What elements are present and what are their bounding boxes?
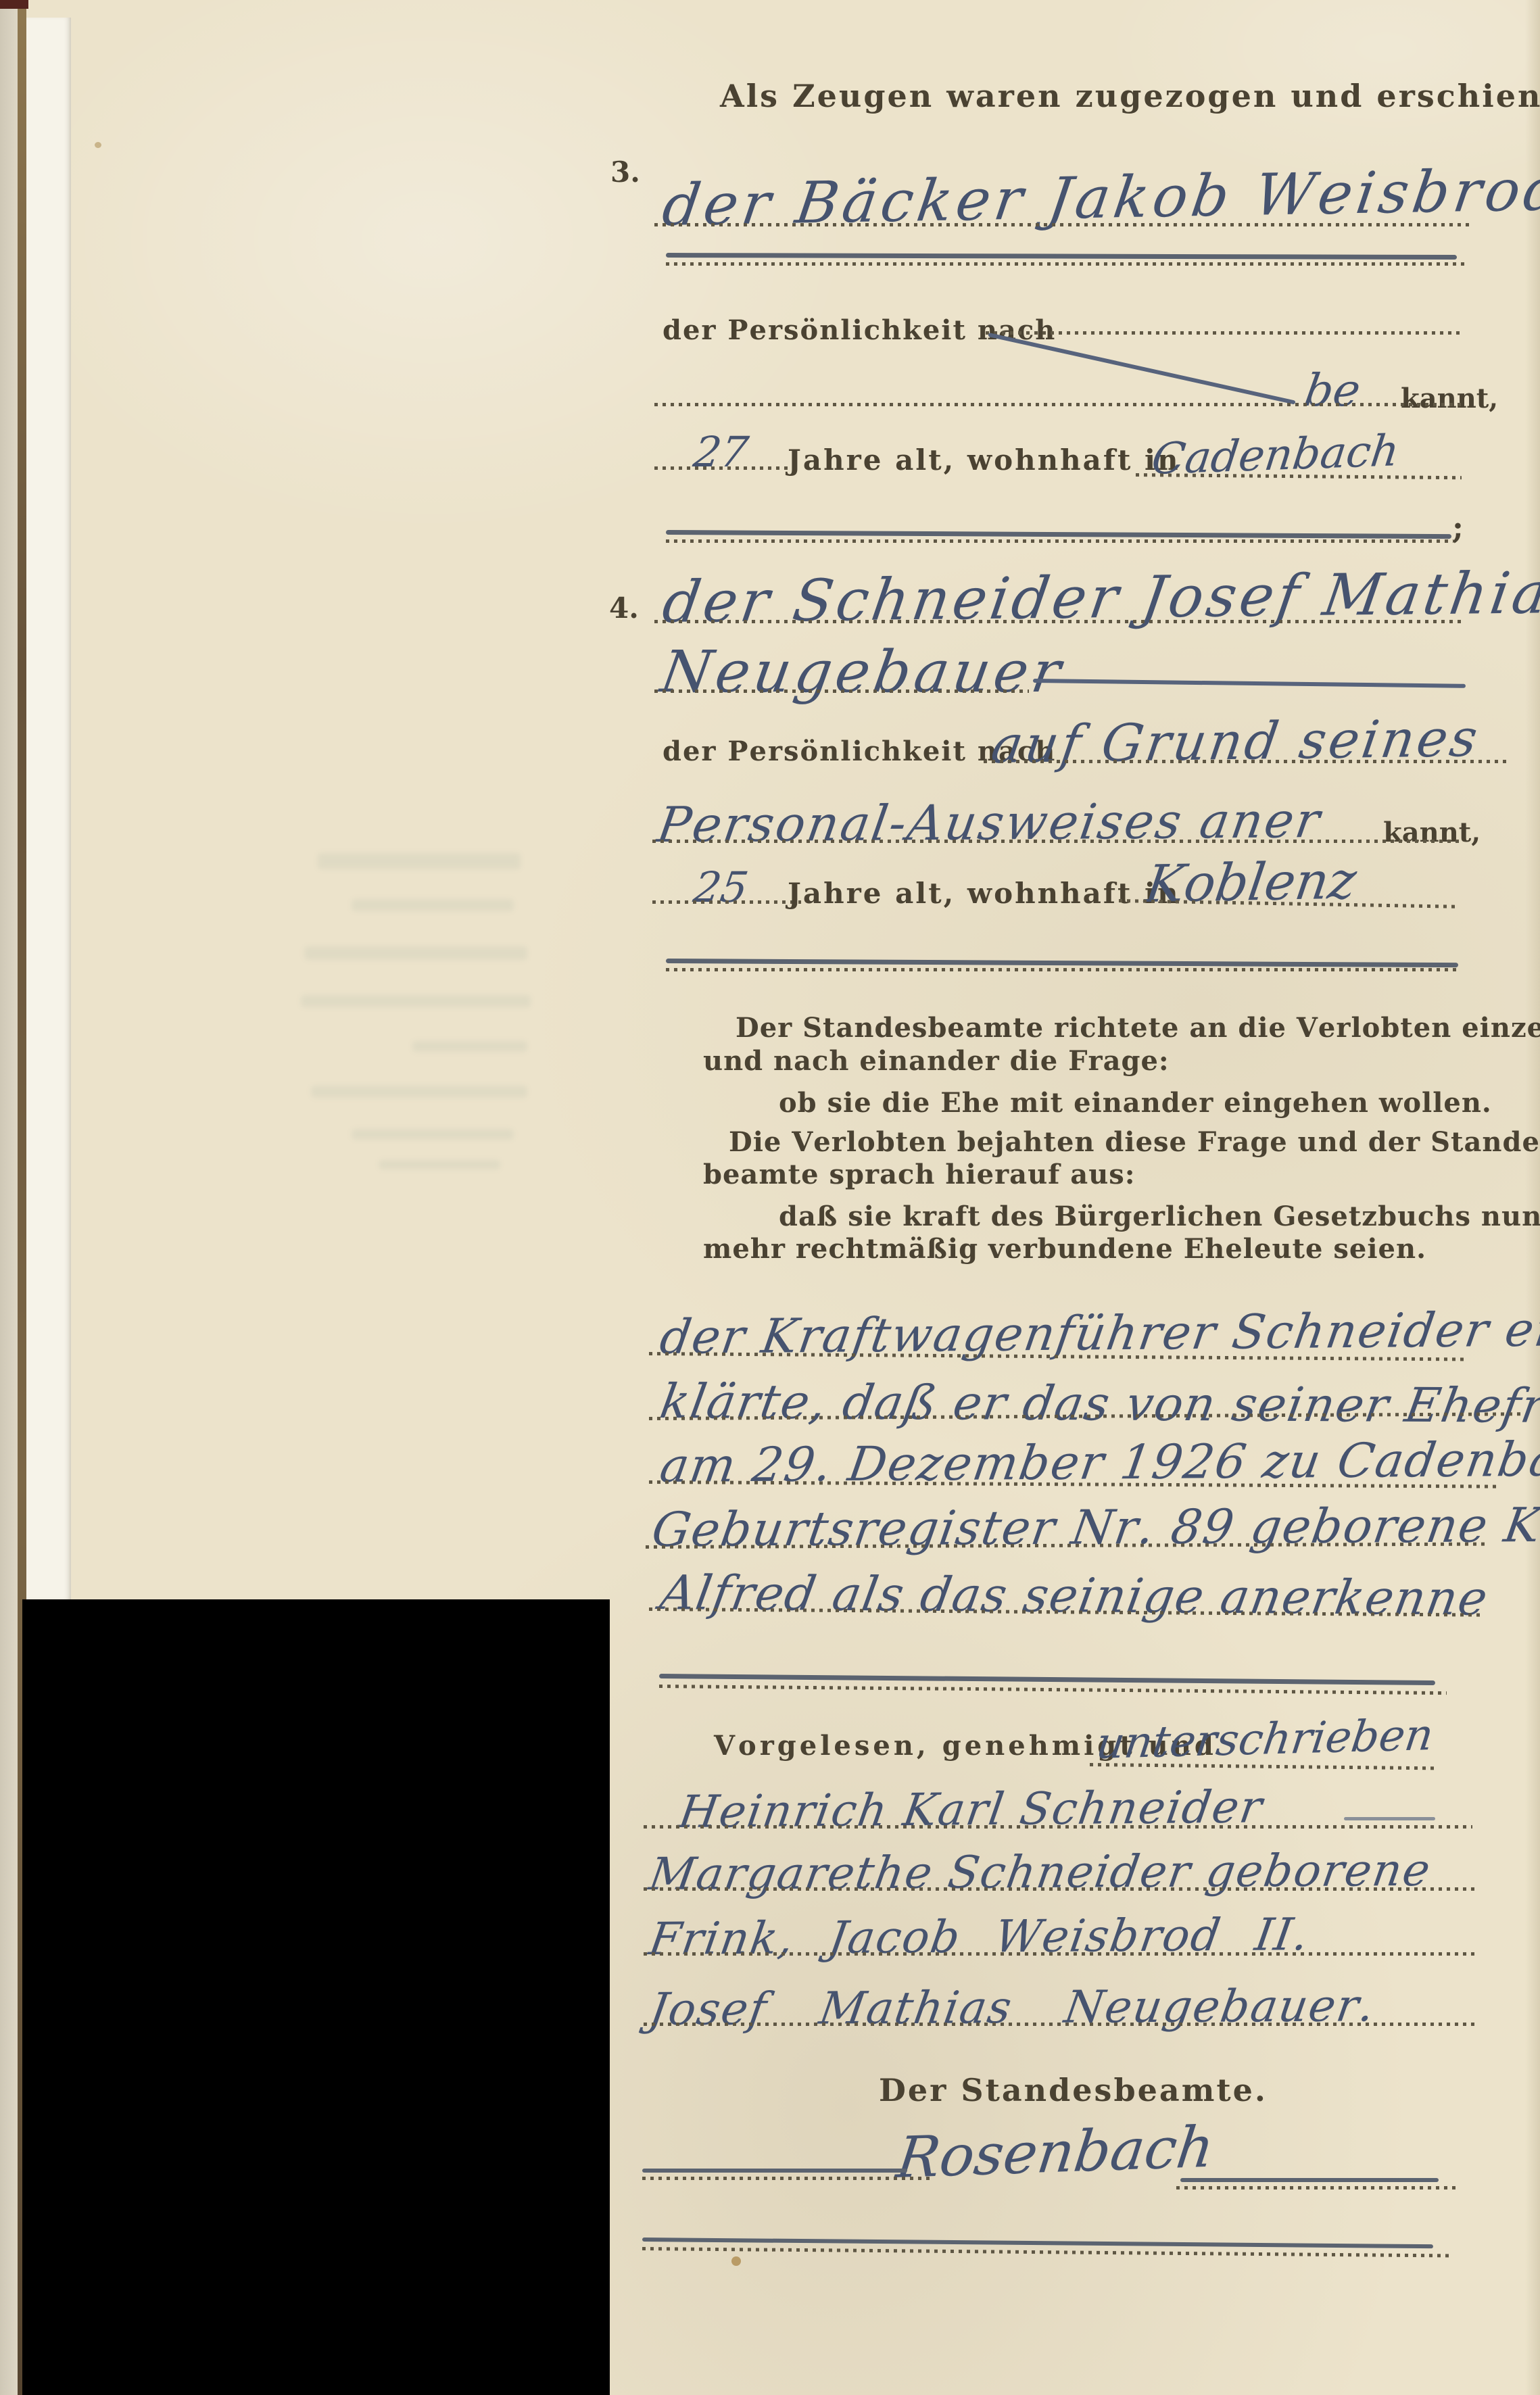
dotted-line: [654, 466, 798, 470]
bleed-through-mark: [311, 1086, 527, 1098]
dotted-line: [644, 1952, 1475, 1956]
witness3-identity-suffix: kannt,: [1401, 385, 1498, 413]
declaration-line5: beamte sprach hierauf aus:: [703, 1161, 1136, 1189]
bleed-through-mark: [318, 853, 521, 869]
dotted-line: [666, 539, 1453, 543]
declaration-line4: Die Verlobten bejahten diese Frage und d…: [729, 1128, 1540, 1157]
dotted-line: [644, 2023, 1475, 2026]
separator-rule: [666, 253, 1457, 260]
bleed-through-mark: [412, 1041, 527, 1052]
witness3-terminator: ;: [1452, 511, 1464, 543]
dotted-line: [984, 760, 1508, 763]
separator-rule: [642, 2237, 1433, 2248]
redaction-block: [22, 1599, 610, 2395]
separator-rule: [1180, 2178, 1439, 2182]
dotted-line: [642, 2247, 1453, 2257]
dotted-line: [1176, 2186, 1460, 2190]
dotted-line: [654, 690, 1029, 693]
witness4-age-residence-label: Jahre alt, wohnhaft in: [788, 879, 1180, 909]
closing-handwriting: unterschrieben: [1094, 1714, 1436, 1766]
bleed-through-mark: [352, 1129, 514, 1140]
witness3-age-residence-label: Jahre alt, wohnhaft in: [788, 445, 1180, 475]
acknowledgement-line2-handwriting: klärte, daß er das von seiner Ehefrau: [657, 1378, 1540, 1430]
dotted-line: [644, 1825, 1472, 1829]
declaration-line7: mehr rechtmäßig verbundene Eheleute seie…: [703, 1235, 1426, 1263]
page-left-edge: [0, 0, 18, 2395]
dotted-line: [654, 403, 1463, 406]
separator-rule: [642, 2169, 907, 2173]
dotted-line: [644, 1887, 1475, 1891]
declaration-line2: und nach einander die Frage:: [703, 1047, 1170, 1075]
registrar-title: Der Standesbeamte.: [879, 2074, 1268, 2106]
dotted-line: [652, 840, 1461, 843]
dotted-line: [659, 1685, 1447, 1695]
dotted-line: [642, 2177, 933, 2180]
paper-speck: [731, 2256, 741, 2266]
witnesses-heading: Als Zeugen waren zugezogen und erschiene…: [720, 80, 1540, 112]
dotted-line: [666, 262, 1467, 266]
witness3-identity-handwriting: be: [1301, 368, 1364, 413]
dotted-line: [654, 223, 1474, 226]
ink-stroke: [1344, 1817, 1435, 1820]
bleed-through-mark: [379, 1160, 500, 1169]
witness3-number: 3.: [610, 158, 640, 187]
dotted-line: [654, 620, 1463, 623]
paper-speck: [95, 142, 101, 148]
marriage-register-page: Als Zeugen waren zugezogen und erschiene…: [0, 0, 1540, 2395]
ink-strike-diagonal: [988, 333, 1295, 405]
binding-corner: [0, 0, 28, 9]
dotted-line: [666, 968, 1461, 971]
declaration-line6: daß sie kraft des Bürgerlichen Gesetzbuc…: [779, 1203, 1540, 1231]
declaration-line1: Der Standesbeamte richtete an die Verlob…: [736, 1014, 1540, 1042]
dotted-line: [652, 900, 801, 904]
separator-rule: [666, 959, 1458, 967]
separator-rule: [659, 1674, 1435, 1685]
witness3-identity-label: der Persönlichkeit nach: [663, 316, 1056, 345]
underlying-page-edge: [26, 18, 71, 1599]
bleed-through-mark: [301, 995, 531, 1007]
bleed-through-mark: [352, 899, 514, 911]
bleed-through-mark: [304, 946, 527, 960]
page-right-edge: [1525, 0, 1540, 2395]
dotted-line: [986, 331, 1463, 335]
declaration-line3: ob sie die Ehe mit einander eingehen wol…: [779, 1089, 1492, 1117]
separator-rule: [666, 530, 1451, 539]
ink-strike-line: [1033, 679, 1466, 688]
witness4-number: 4.: [609, 594, 639, 623]
registrar-signature: Rosenbach: [894, 2119, 1217, 2186]
